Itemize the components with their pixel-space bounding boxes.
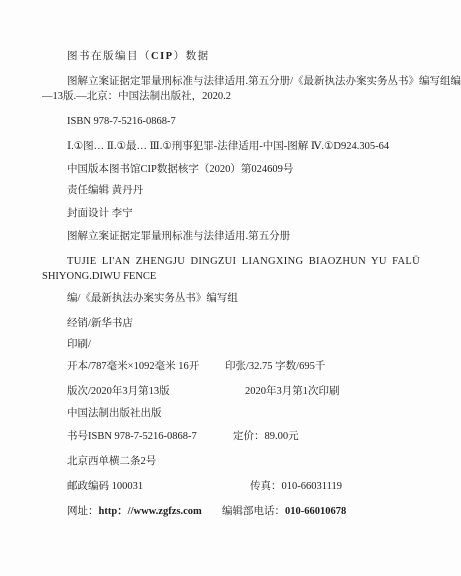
cover-designer: 封面设计 李宁 — [0, 207, 461, 221]
format-row: 开本/787毫米×1092毫米 16开 印张/32.75 字数/695千 — [0, 360, 461, 374]
distribution-line: 经销/新华书店 — [0, 317, 461, 331]
website: 网址：http：//www.zgfzs.com — [0, 506, 202, 517]
cip-record-line1: 图解立案证据定罪量刑标准与法律适用.第五分册/《最新执法办案实务丛书》编写组编. — [0, 75, 461, 89]
postcode-fax-row: 邮政编码 100031 传真：010-66031119 — [0, 480, 461, 494]
printing-house-line: 印刷/ — [0, 338, 461, 352]
website-phone-row: 网址：http：//www.zgfzs.com 编辑部电话：010-660106… — [0, 505, 461, 519]
print-sheets: 印张/32.75 字数/695千 — [225, 360, 325, 374]
book-number: 书号ISBN 978-7-5216-0868-7 — [0, 431, 197, 442]
edition-row: 版次/2020年3月第13版 2020年3月第1次印刷 — [0, 385, 461, 399]
publisher-address: 北京西单横二条2号 — [0, 455, 461, 469]
editorial-phone: 编辑部电话：010-66010678 — [222, 505, 346, 519]
cip-header: 图书在版编目（CIP）数据 — [0, 50, 461, 64]
publisher-line: 中国法制出版社出版 — [0, 407, 461, 421]
cip-header-post: ）数据 — [174, 51, 210, 62]
book-title-pinyin-line2: SHIYONG.DIWU FENCE — [0, 270, 461, 284]
cip-header-acronym: CIP — [151, 51, 174, 62]
website-url: http：//www.zgfzs.com — [99, 506, 202, 517]
cip-header-pre: 图书在版编目（ — [67, 51, 151, 62]
editorial-phone-number: 010-66010678 — [285, 506, 346, 517]
isbn-price-row: 书号ISBN 978-7-5216-0868-7 定价：89.00元 — [0, 430, 461, 444]
fax-number: 传真：010-66031119 — [250, 480, 342, 494]
edition-info: 版次/2020年3月第13版 — [0, 386, 170, 397]
format-spec: 开本/787毫米×1092毫米 16开 — [0, 361, 199, 372]
isbn-line: ISBN 978-7-5216-0868-7 — [0, 115, 461, 129]
cip-registry: 中国版本图书馆CIP数据核字（2020）第024609号 — [0, 163, 461, 177]
cip-record-line2: —13版.—北京：中国法制出版社，2020.2 — [0, 90, 461, 104]
website-label: 网址： — [67, 506, 99, 517]
editorial-phone-label: 编辑部电话： — [222, 506, 285, 517]
book-title-cn: 图解立案证据定罪量刑标准与法律适用.第五分册 — [0, 230, 461, 244]
book-title-pinyin-line1: TUJIE LI'AN ZHENGJU DINGZUI LIANGXING BI… — [67, 255, 420, 269]
postal-code: 邮政编码 100031 — [0, 481, 143, 492]
cip-classification: Ⅰ.①图… Ⅱ.①最… Ⅲ.①刑事犯罪-法律适用-中国-图解 Ⅳ.①D924.3… — [0, 140, 461, 154]
price: 定价：89.00元 — [233, 430, 299, 444]
compiler-line: 编/《最新执法办案实务丛书》编写组 — [0, 292, 461, 306]
responsible-editor: 责任编辑 黄丹丹 — [0, 184, 461, 198]
copyright-page: 图书在版编目（CIP）数据 图解立案证据定罪量刑标准与法律适用.第五分册/《最新… — [0, 0, 461, 576]
impression-info: 2020年3月第1次印刷 — [245, 385, 340, 399]
